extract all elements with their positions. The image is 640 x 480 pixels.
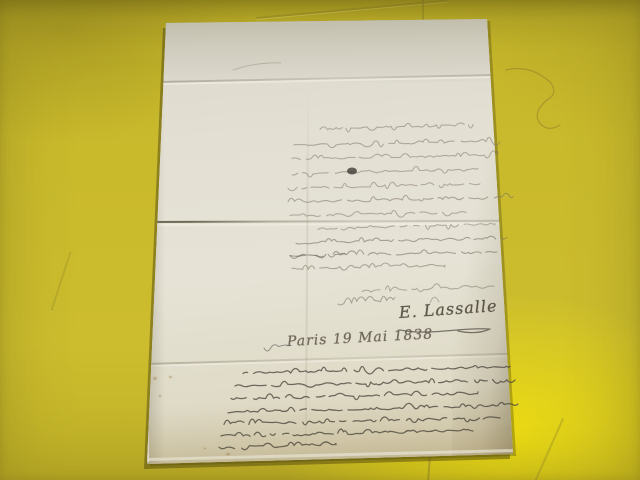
handwriting-line-body — [290, 250, 497, 258]
handwriting-line-body — [318, 223, 495, 230]
paper-scratch — [233, 63, 281, 70]
handwriting-line-postscript — [243, 366, 510, 374]
handwriting-line-postscript — [231, 391, 478, 399]
handwriting-line-body — [288, 193, 513, 202]
photo-scene: Paris 19 Mai 1838 E. Lassalle — [0, 0, 640, 480]
handwriting-line-closing — [362, 284, 494, 292]
handwriting-line-body — [292, 263, 445, 270]
handwriting-line-closing — [338, 296, 395, 305]
handwriting-line-postscript — [235, 379, 515, 387]
handwriting-line-body — [296, 236, 507, 244]
handwriting-line-body — [292, 151, 498, 160]
handwriting-layer — [0, 0, 640, 480]
handwriting-line-postscript — [221, 429, 473, 437]
handwriting-line-body — [292, 166, 478, 177]
background-fiber — [506, 69, 560, 129]
handwriting-line-postscript — [228, 402, 518, 412]
handwriting-line-body — [320, 123, 473, 132]
handwriting-line-body — [288, 182, 480, 190]
handwriting-line-body — [294, 137, 500, 147]
handwriting-line-postscript — [224, 417, 500, 425]
handwriting-line-body — [290, 210, 466, 217]
handwriting-line-date-flourish — [264, 345, 287, 351]
ink-blot — [347, 168, 357, 175]
handwriting-line-postscript — [219, 442, 336, 450]
